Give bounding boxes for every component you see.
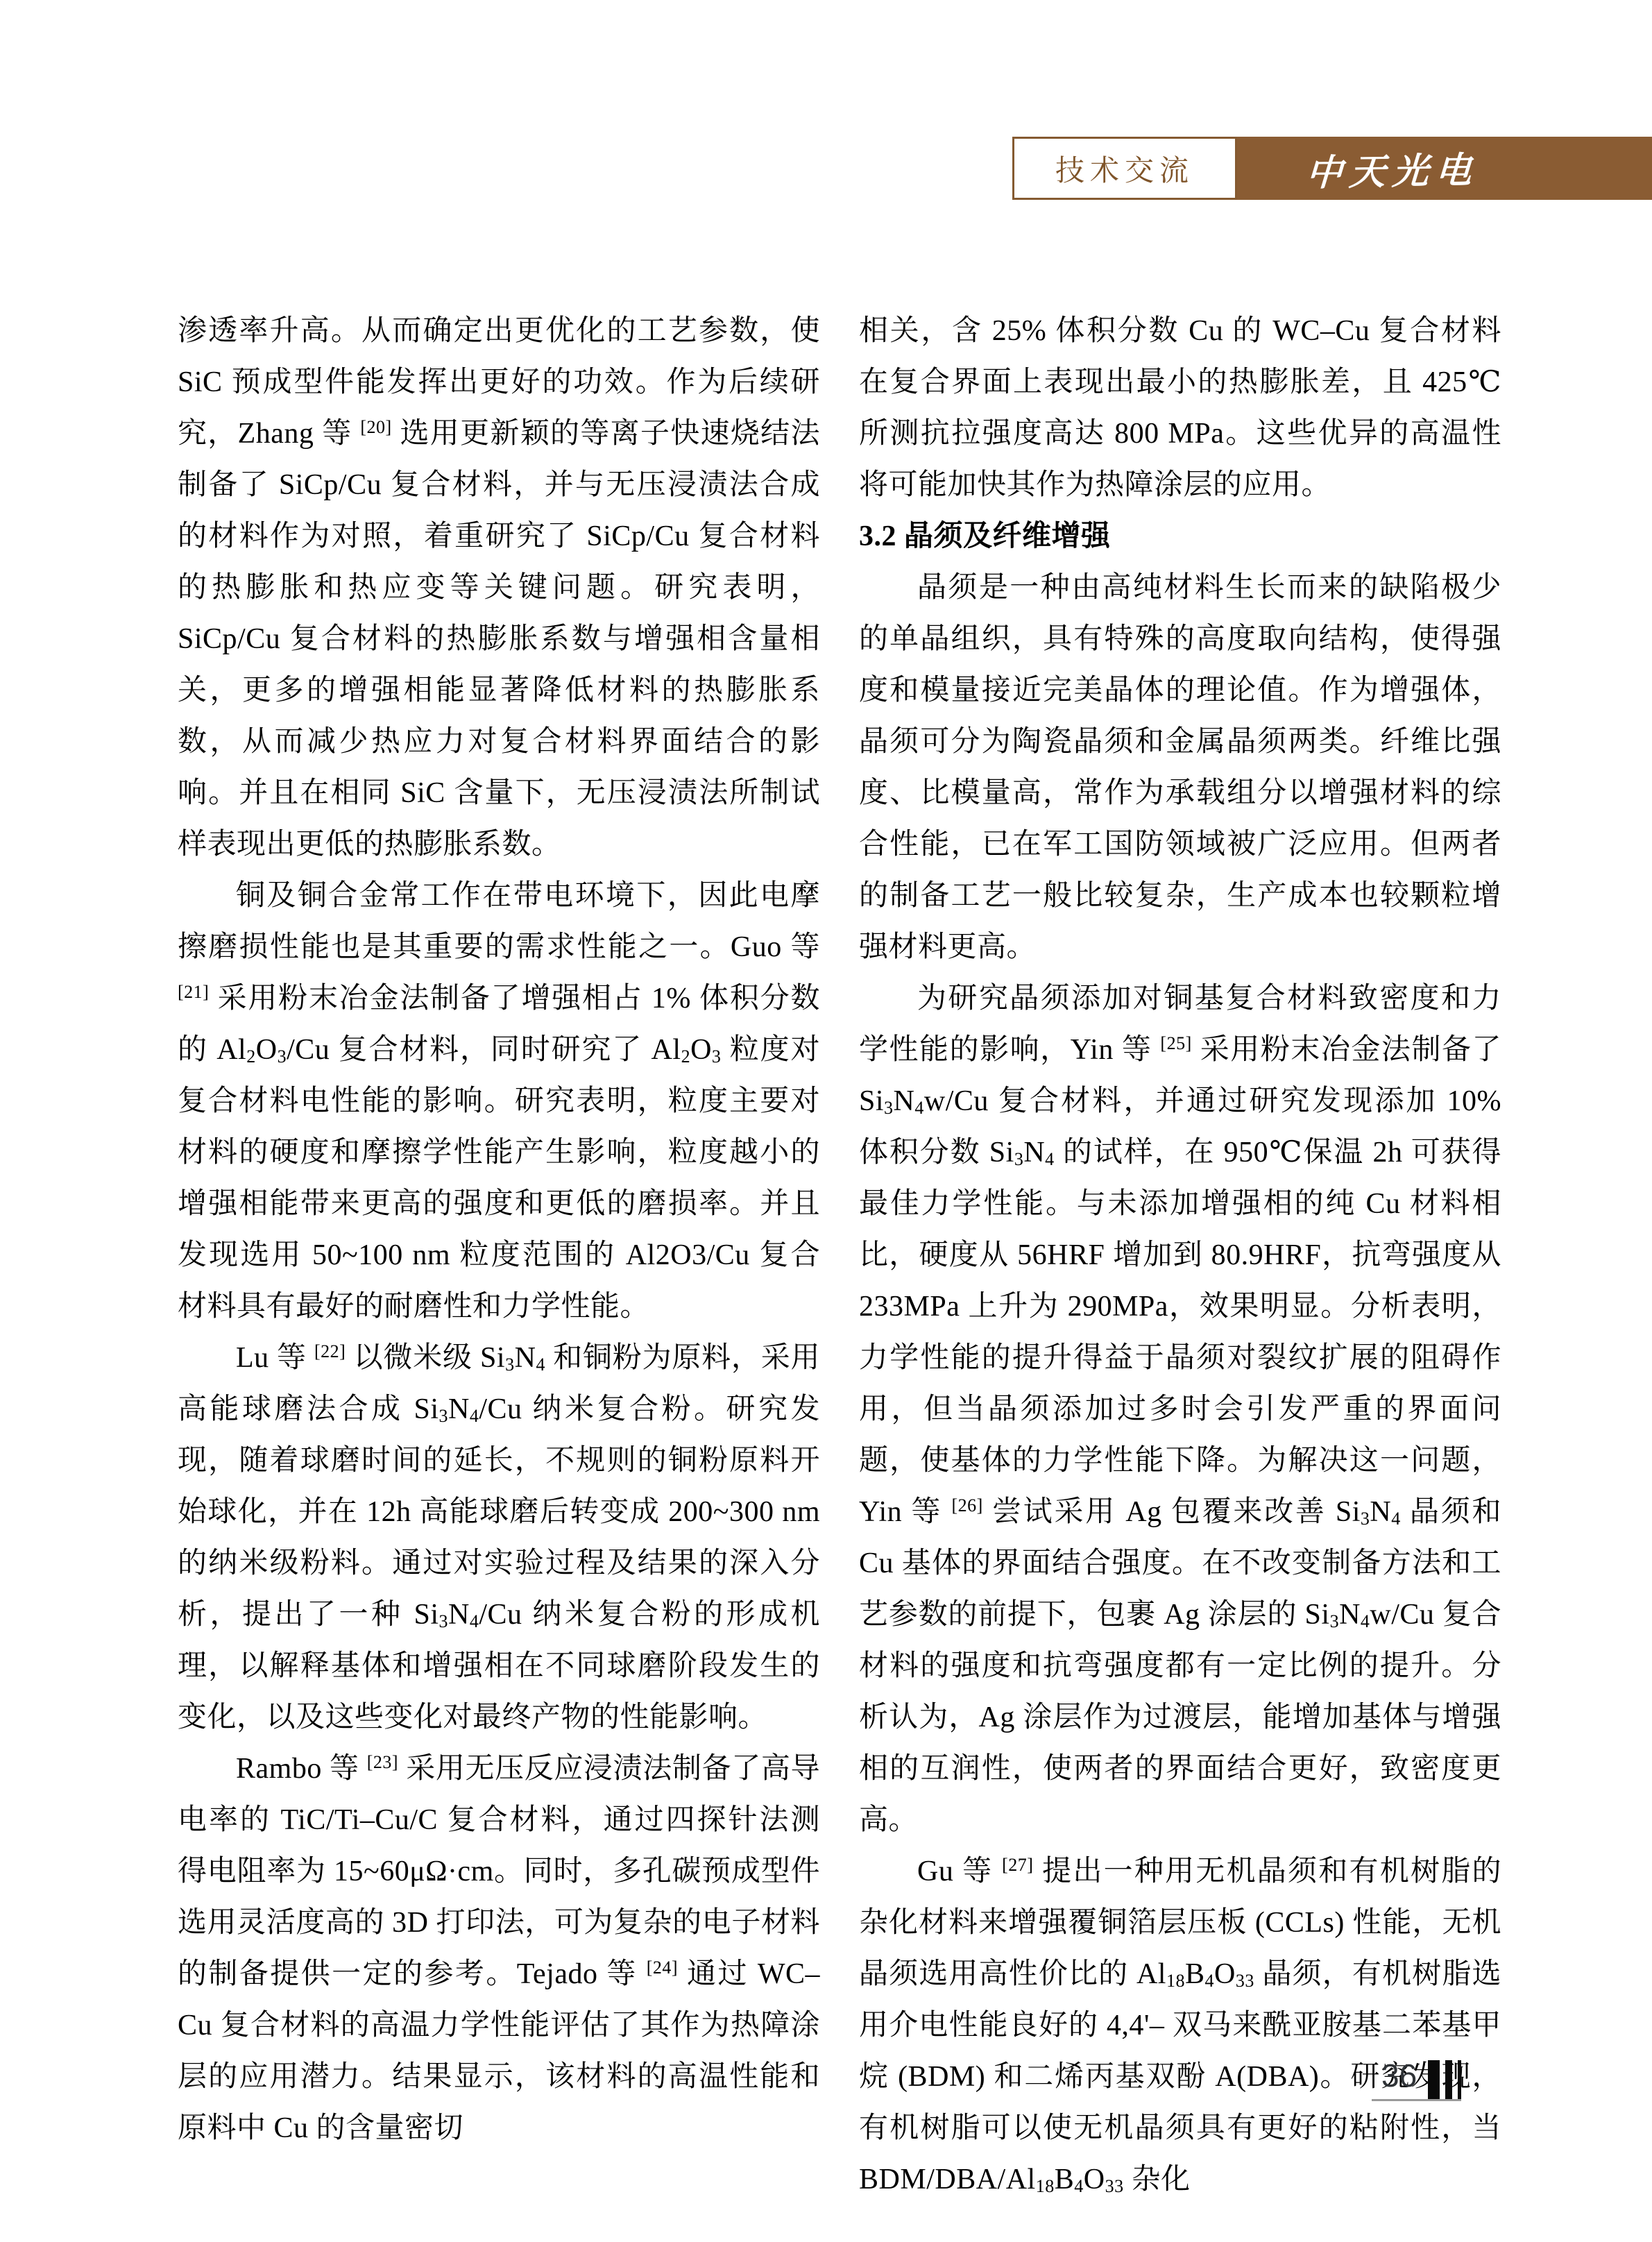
paragraph: 相关，含 25% 体积分数 Cu 的 WC–Cu 复合材料在复合界面上表现出最小… (859, 305, 1501, 511)
chemical-subscript: 3 (1361, 1509, 1370, 1529)
chemical-subscript: 4 (1391, 1509, 1401, 1529)
column-right: 相关，含 25% 体积分数 Cu 的 WC–Cu 复合材料在复合界面上表现出最小… (859, 305, 1501, 2205)
chemical-subscript: 33 (1105, 2176, 1124, 2196)
chemical-subscript: 4 (470, 1611, 479, 1631)
chemical-subscript: 3 (505, 1354, 515, 1375)
page-footer: 36 (1372, 2060, 1461, 2101)
chemical-subscript: 3 (278, 1046, 287, 1067)
journal-page: 技术交流 中天光电 渗透率升高。从而确定出更优化的工艺参数，使 SiC 预成型件… (0, 0, 1652, 2242)
citation-ref: [21] (178, 982, 209, 1002)
paragraph: Rambo 等 [23] 采用无压反应浸渍法制备了高导电率的 TiC/Ti–Cu… (178, 1743, 820, 2154)
header-banner: 技术交流 中天光电 (1012, 137, 1652, 200)
page-number: 36 (1381, 2060, 1417, 2091)
citation-ref: [27] (1002, 1855, 1033, 1875)
paragraph: 铜及铜合金常工作在带电环境下，因此电摩擦磨损性能也是其重要的需求性能之一。Guo… (178, 870, 820, 1332)
column-left: 渗透率升高。从而确定出更优化的工艺参数，使 SiC 预成型件能发挥出更好的功效。… (178, 305, 820, 2205)
section-label-box: 技术交流 (1012, 137, 1237, 200)
brand-logo: 中天光电 (1305, 141, 1480, 196)
chemical-subscript: 18 (1036, 2176, 1055, 2196)
chemical-subscript: 18 (1166, 1971, 1185, 1991)
chemical-subscript: 4 (1074, 2176, 1084, 2196)
chemical-subscript: 4 (1361, 1611, 1370, 1631)
chemical-subscript: 4 (1204, 1971, 1214, 1991)
paragraph: 为研究晶须添加对铜基复合材料致密度和力学性能的影响，Yin 等 [25] 采用粉… (859, 973, 1501, 1846)
section-label: 技术交流 (1055, 148, 1194, 189)
citation-ref: [22] (314, 1341, 346, 1361)
chemical-subscript: 4 (470, 1406, 479, 1426)
footer-bars-icon (1428, 2060, 1461, 2099)
article-body: 渗透率升高。从而确定出更优化的工艺参数，使 SiC 预成型件能发挥出更好的功效。… (178, 305, 1501, 2205)
chemical-subscript: 33 (1236, 1971, 1254, 1991)
chemical-subscript: 4 (1045, 1149, 1055, 1169)
citation-ref: [24] (647, 1957, 678, 1978)
chemical-subscript: 3 (712, 1046, 722, 1067)
citation-ref: [20] (360, 417, 391, 437)
citation-ref: [23] (367, 1752, 398, 1772)
chemical-subscript: 3 (439, 1406, 449, 1426)
paragraph: Lu 等 [22] 以微米级 Si3N4 和铜粉为原料，采用高能球磨法合成 Si… (178, 1332, 820, 1743)
paragraph: 晶须是一种由高纯材料生长而来的缺陷极少的单晶组织，具有特殊的高度取向结构，使得强… (859, 562, 1501, 973)
paragraph: Gu 等 [27] 提出一种用无机晶须和有机树脂的杂化材料来增强覆铜箔层压板 (… (859, 1846, 1501, 2205)
section-heading: 3.2 晶须及纤维增强 (859, 511, 1501, 562)
chemical-subscript: 3 (1014, 1149, 1024, 1169)
chemical-subscript: 2 (246, 1046, 256, 1067)
citation-ref: [25] (1160, 1033, 1191, 1053)
chemical-subscript: 3 (1330, 1611, 1340, 1631)
chemical-subscript: 3 (884, 1098, 894, 1118)
chemical-subscript: 2 (681, 1046, 691, 1067)
citation-ref: [26] (951, 1495, 982, 1515)
chemical-subscript: 3 (439, 1611, 449, 1631)
chemical-subscript: 4 (536, 1354, 545, 1375)
chemical-subscript: 4 (914, 1098, 924, 1118)
paragraph: 渗透率升高。从而确定出更优化的工艺参数，使 SiC 预成型件能发挥出更好的功效。… (178, 305, 820, 870)
